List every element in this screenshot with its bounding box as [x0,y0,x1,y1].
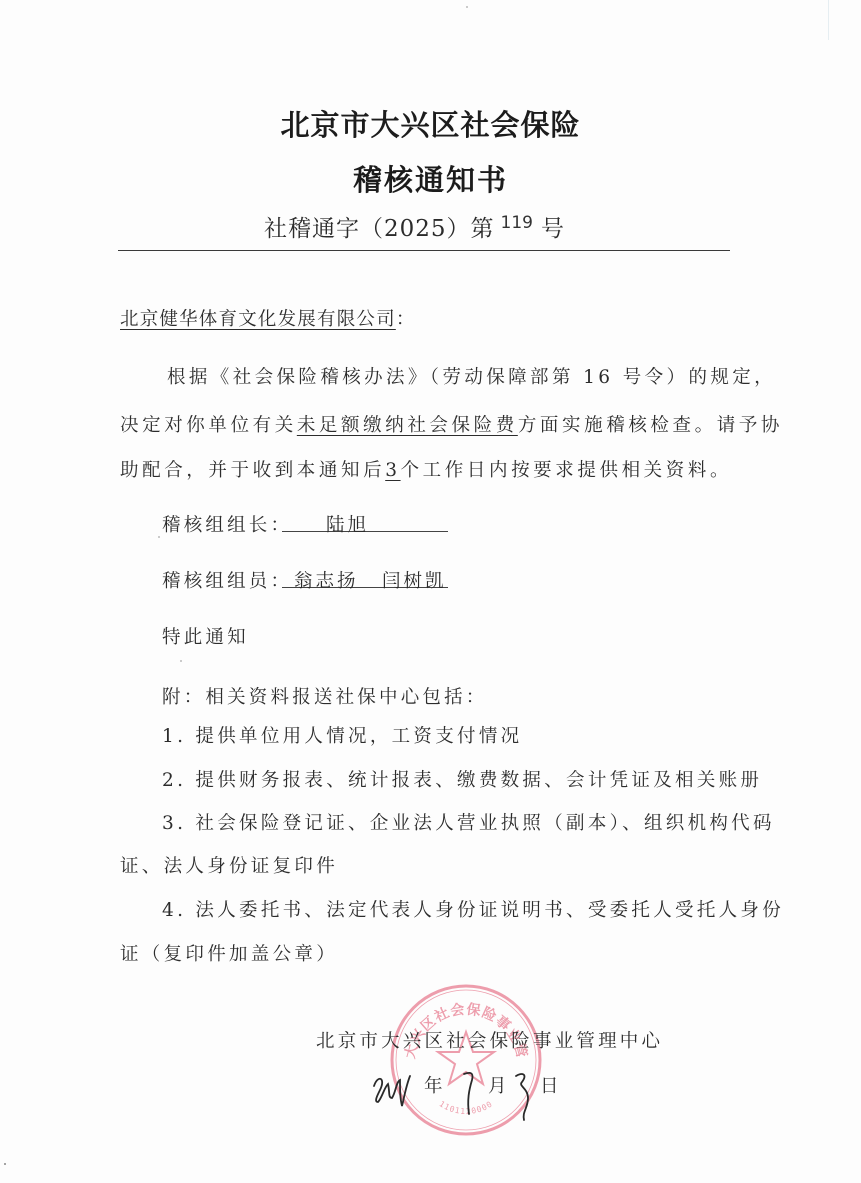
paragraph-line-2: 决定对你单位有关未足额缴纳社会保险费方面实施稽核检查。请予协 [120,411,720,437]
document-page: 北京市大兴区社会保险 稽核通知书 社稽通字（2025）第119号 北京健华体育文… [0,0,861,1183]
scan-speck [466,6,468,8]
document-title-line-2: 稽核通知书 [0,158,861,199]
audit-leader-fill-line: 陆旭 [282,507,448,532]
notice-closing: 特此通知 [162,623,249,649]
deadline-days: 3 [385,460,400,481]
issue-date: 2025 年 7 月 3 日 [360,1072,600,1122]
issuer-name: 北京市大兴区社会保险事业管理中心 [316,1027,663,1053]
paragraph-line-2-suffix: 方面实施稽核检查。请予协 [518,415,783,436]
year-unit: 年 [424,1072,443,1098]
scan-edge [828,0,829,40]
paragraph-line-3-suffix: 个工作日内按要求提供相关资料。 [401,460,733,481]
handwritten-document-number: 119 [501,213,533,233]
month-unit: 月 [488,1072,507,1098]
audit-leader-row: 稽核组组长： [162,511,292,537]
paragraph-line-1: 根据《社会保险稽核办法》（劳动保障部第 16 号令）的规定， [167,363,767,389]
scan-speck [4,1163,6,1165]
paragraph-line-2-prefix: 决定对你单位有关 [120,415,297,436]
scan-speck [158,536,160,538]
attachments-heading: 附：相关资料报送社保中心包括： [162,683,488,709]
audit-members-row: 稽核组组员： [162,567,292,593]
handwritten-day-icon [512,1068,536,1122]
audit-subject: 未足额缴纳社会保险费 [297,415,518,436]
handwritten-year-icon [370,1068,416,1112]
audit-members-label: 稽核组组员： [162,571,292,592]
attachment-item-4: 4. 法人委托书、法定代表人身份证说明书、受委托人受托人身份 [162,896,784,922]
day-unit: 日 [540,1072,559,1098]
scan-speck [180,660,182,662]
attachment-item-4-continued: 证（复印件加盖公章） [120,940,338,966]
addressee-colon: ： [396,309,416,330]
audit-member-1: 翁志扬 [294,567,359,593]
audit-leader-name: 陆旭 [326,511,369,537]
audit-member-2: 闫树凯 [382,567,447,593]
audit-leader-label: 稽核组组长： [162,515,292,536]
attachment-item-1: 1. 提供单位用人情况，工资支付情况 [162,722,522,748]
attachment-item-3-continued: 证、法人身份证复印件 [120,852,338,878]
audit-members-fill-line: 翁志扬 闫树凯 [282,563,448,588]
attachment-item-2: 2. 提供财务报表、统计报表、缴费数据、会计凭证及相关账册 [162,766,762,792]
paragraph-line-3: 助配合，并于收到本通知后3个工作日内按要求提供相关资料。 [120,456,720,482]
paragraph-line-3-prefix: 助配合，并于收到本通知后 [120,460,385,481]
document-title-line-1: 北京市大兴区社会保险 [0,103,861,144]
addressee-company-name: 北京健华体育文化发展有限公司 [120,309,396,330]
document-number-prefix: 社稽通字（2025）第 [264,216,495,242]
document-number-suffix: 号 [541,216,565,242]
document-number: 社稽通字（2025）第119号 [264,210,565,243]
header-divider [118,250,730,251]
addressee: 北京健华体育文化发展有限公司： [120,305,416,331]
handwritten-month-icon [460,1068,482,1118]
attachment-item-3: 3. 社会保险登记证、企业法人营业执照（副本）、组织机构代码 [162,809,775,835]
